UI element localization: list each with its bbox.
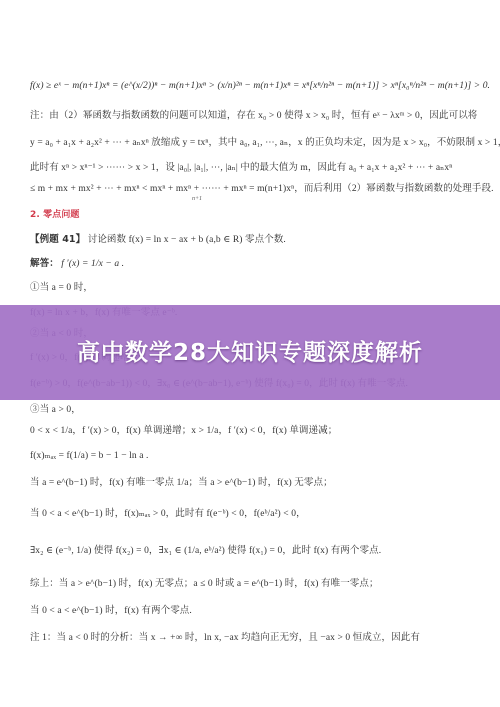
- case-3-sub-1: 当 a = e^(b−1) 时，f(x) 有唯一零点 1/a；当 a > e^(…: [30, 477, 333, 489]
- example-text: 讨论函数 f(x) = ln x − ax + b (a,b ∈ R) 零点个数…: [88, 235, 286, 245]
- title-banner: 高中数学28大知识专题深度解析: [0, 305, 500, 400]
- note-1: 注 1：当 a < 0 时的分析：当 x → +∞ 时，ln x, −ax 均趋…: [30, 632, 420, 644]
- note-line-3: 此时有 xⁿ > xⁿ⁻¹ > ⋯⋯ > x > 1，设 |a₀|, |a₁|,…: [30, 162, 452, 174]
- answer-text: f ′(x) = 1/x − a .: [61, 259, 124, 269]
- case-3-sub-2: 当 0 < a < e^(b−1) 时，f(x)ₘₐₓ > 0，此时有 f(e⁻…: [30, 508, 306, 520]
- note-line-1: 注：由（2）幂函数与指数函数的问题可以知道，存在 x₀ > 0 使得 x > x…: [30, 110, 477, 122]
- note-line-2: y = a₀ + a₁x + a₂x² + ⋯ + aₙxⁿ 放缩成 y = t…: [30, 137, 500, 149]
- answer-label: 解答：: [30, 258, 59, 269]
- example-label: 【例题 41】: [30, 234, 85, 245]
- summary-line-1: 综上：当 a > e^(b−1) 时，f(x) 无零点；a ≤ 0 时或 a =…: [30, 578, 379, 590]
- case-3-sub-3: ∃x₂ ∈ (e⁻ᵇ, 1/a) 使得 f(x₂) = 0，∃x₁ ∈ (1/a…: [30, 545, 381, 557]
- note-line-4: ≤ m + mx + mx² + ⋯ + mxⁿ < mxⁿ + mxⁿ + ⋯…: [30, 183, 494, 195]
- banner-title: 高中数学28大知识专题深度解析: [30, 337, 470, 369]
- case-3-header: ③当 a > 0，: [30, 404, 81, 416]
- underbrace-label: n+1: [192, 196, 202, 202]
- case-1-header: ①当 a = 0 时，: [30, 282, 93, 294]
- answer-line: 解答： f ′(x) = 1/x − a .: [30, 258, 124, 270]
- section-heading: 2. 零点问题: [30, 209, 80, 221]
- equation-line-1: f(x) ≥ eˣ − m(n+1)xⁿ = (e^(x/2))ⁿ − m(n+…: [30, 80, 490, 92]
- summary-line-2: 当 0 < a < e^(b−1) 时，f(x) 有两个零点.: [30, 605, 192, 617]
- case-3-monotonic: 0 < x < 1/a，f ′(x) > 0，f(x) 单调递增；x > 1/a…: [30, 425, 337, 437]
- case-3-max: f(x)ₘₐₓ = f(1/a) = b − 1 − ln a .: [30, 450, 148, 462]
- example-41: 【例题 41】 讨论函数 f(x) = ln x − ax + b (a,b ∈…: [30, 234, 286, 246]
